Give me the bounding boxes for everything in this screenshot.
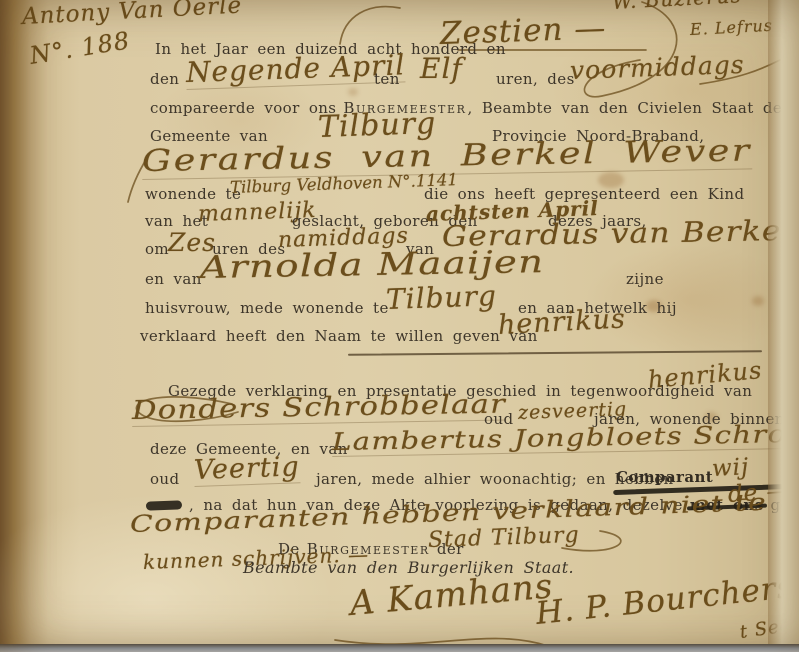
blotted-word [146,500,182,510]
printed-naam: verklaard heeft den Naam te willen geven… [140,327,538,345]
hand-date-day: Negende April [185,48,405,90]
hand-stad-tilburg: Stad Tilburg [428,523,580,553]
hand-year: Zestien — [439,10,606,52]
page-right-edge [768,0,799,652]
fox-spot [348,88,358,96]
hand-date-hour: Elf [420,52,463,85]
section-divider [348,350,762,356]
top-right-script-2: E. Lefrus [690,16,774,39]
scan-bottom-edge [0,644,799,652]
printed-ten: ten [374,70,400,88]
hand-wife-residence: Tilburg [385,279,497,316]
fox-spot [752,296,764,306]
printed-uren-des: uren, des [496,70,575,88]
hand-wij: wij [711,454,749,482]
line-compareerde: compareerde voor ons Burgemeester , Beam… [150,99,790,117]
hand-witness1-last: Donders Schrobbelaar [132,389,506,427]
margin-registrant-name: Antony Van Oerle [21,0,242,30]
printed-om: om [145,240,169,258]
printed-en-van: en van [145,270,202,288]
printed-compareerde-2: , Beambte van den Civielen Staat der [468,99,790,117]
flourish-top-center [340,7,400,44]
birth-record-page: Antony Van Oerle N°. 188 W. Buzierus E. … [0,0,799,652]
hand-witness2-age: Veertig [193,451,300,487]
hand-date-daypart: voormiddags [569,50,745,85]
printed-huisvrouw: huisvrouw, mede wonende te [145,299,389,317]
top-right-script-1: W. Buzierus [611,0,742,14]
margin-act-number: N°. 188 [28,26,132,69]
printed-den: den [150,70,179,88]
printed-oud-2: oud [150,470,180,488]
printed-compareerde-1: compareerde voor ons [150,99,336,117]
hand-child-name: henrikus [497,303,626,341]
printed-zijne: zijne [626,270,664,288]
hand-witness2: Lambertus Jongbloets Schrobbelaar [332,418,799,457]
